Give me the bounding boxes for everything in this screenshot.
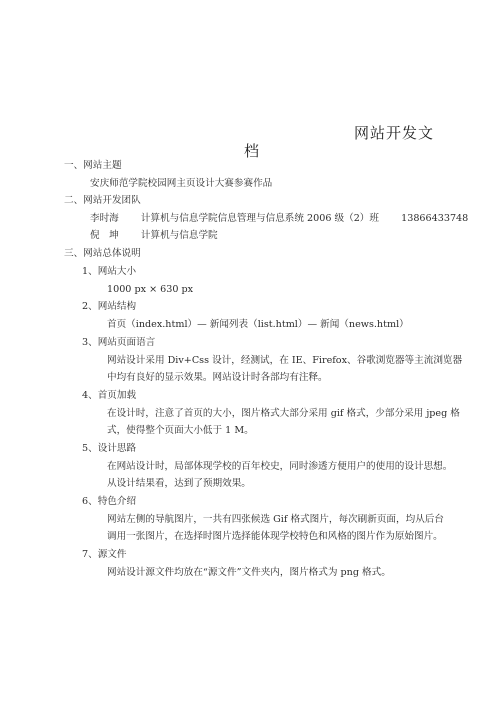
section-heading-topic: 一、网站主题 — [64, 160, 122, 172]
item-title-source: 7、源文件 — [82, 549, 126, 561]
item-text: 1000 px × 630 px — [107, 284, 193, 296]
item-text: 在设计时，注意了首页的大小，图片格式大部分采用 gif 格式，少部分采用 jpe… — [107, 408, 460, 420]
document-title: 网站开发文 — [354, 122, 434, 143]
item-text: 中均有良好的显示效果。网站设计时各部均有注释。 — [107, 372, 328, 384]
item-text: 网站设计采用 Div+Css 设计，经测试，在 IE、Firefox、谷歌浏览器… — [107, 355, 462, 367]
team-member-row: 李时海 计算机与信息学院信息管理与信息系统 2006 级（2）班 1386643… — [90, 213, 468, 225]
team-member-row: 倪 坤 计算机与信息学院 — [90, 230, 218, 242]
section-heading-team: 二、网站开发团队 — [64, 195, 141, 207]
item-text: 式，使得整个页面大小低于 1 M。 — [107, 425, 254, 437]
member-affiliation: 计算机与信息学院 — [141, 230, 218, 241]
item-title-language: 3、网站页面语言 — [82, 337, 155, 349]
item-text: 从设计结果看，达到了预期效果。 — [107, 478, 251, 490]
item-text: 在网站设计时，局部体现学校的百年校史，同时渗透方便用户的使用的设计思想。 — [107, 461, 452, 473]
document-page: 网站开发文 档 一、网站主题 安庆师范学院校园网主页设计大赛参赛作品 二、网站开… — [0, 0, 500, 708]
item-text: 首页（index.html）— 新闻列表（list.html）— 新闻（news… — [107, 319, 409, 331]
item-text: 调用一张图片，在选择时图片选择能体现学校特色和风格的图片作为原始图片。 — [107, 531, 443, 543]
member-name: 倪 坤 — [90, 230, 119, 241]
section-heading-overview: 三、网站总体说明 — [64, 248, 141, 260]
item-text: 网站左侧的导航图片，一共有四张候选 Gif 格式图片，每次刷新页面，均从后台 — [107, 514, 444, 526]
member-name: 李时海 — [90, 213, 119, 224]
item-title-structure: 2、网站结构 — [82, 301, 136, 313]
item-title-size: 1、网站大小 — [82, 266, 136, 278]
item-title-design: 5、设计思路 — [82, 443, 136, 455]
member-phone: 13866433748 — [401, 213, 468, 224]
topic-text: 安庆师范学院校园网主页设计大赛参赛作品 — [90, 178, 272, 190]
item-title-features: 6、特色介绍 — [82, 496, 136, 508]
document-title-continuation: 档 — [244, 140, 259, 161]
item-title-loading: 4、首页加载 — [82, 390, 136, 402]
member-affiliation: 计算机与信息学院信息管理与信息系统 2006 级（2）班 — [141, 213, 379, 224]
item-text: 网站设计源文件均放在“源文件”文件夹内，图片格式为 png 格式。 — [107, 567, 391, 579]
